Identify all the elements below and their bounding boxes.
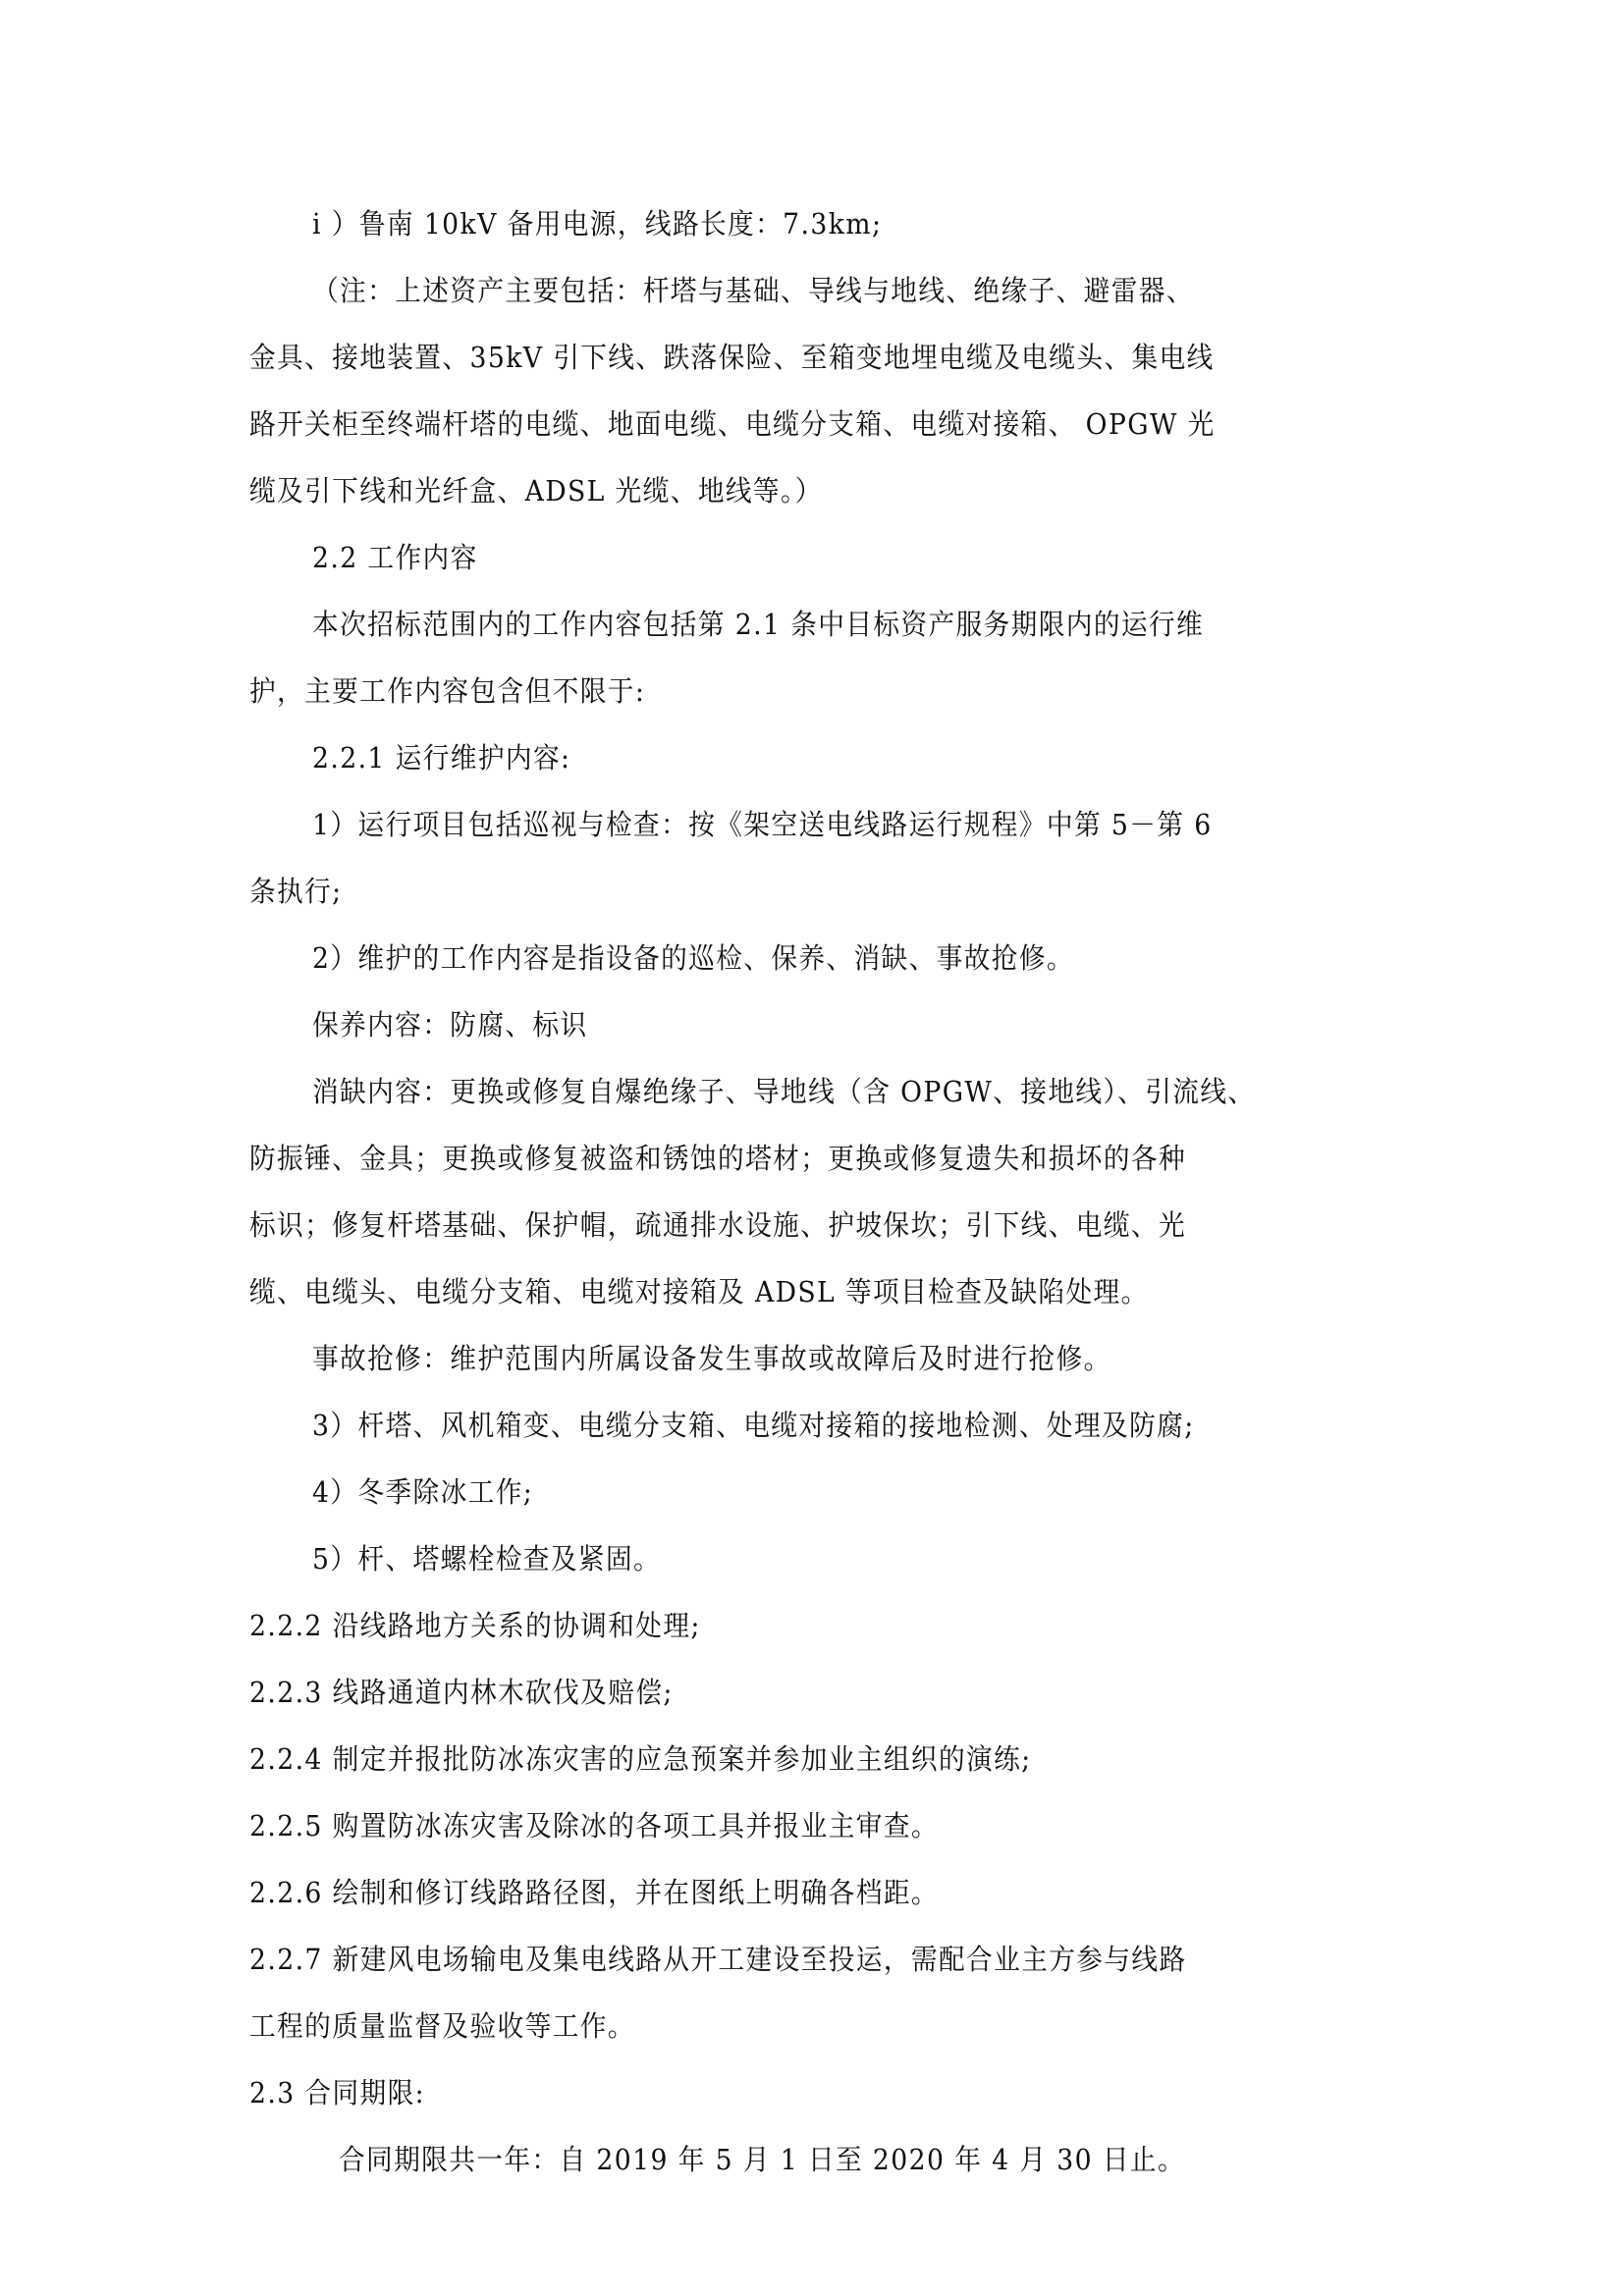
item-3: 3）杆塔、风机箱变、电缆分支箱、电缆对接箱的接地检测、处理及防腐; [312,1406,1195,1445]
item-2: 2）维护的工作内容是指设备的巡检、保养、消缺、事故抢修。 [312,938,1074,978]
section-2-3-heading: 2.3 合同期限: [249,2073,425,2112]
maintenance-content: 保养内容：防腐、标识 [312,1005,588,1044]
asset-note-line-4: 缆及引下线和光纤盒、ADSL 光缆、地线等。） [249,471,823,510]
defect-content-line-3: 标识；修复杆塔基础、保护帽，疏通排水设施、护坡保坎；引下线、电缆、光 [249,1205,1186,1245]
document-page: i ）鲁南 10kV 备用电源，线路长度：7.3km; （注：上述资产主要包括：… [0,0,1624,2296]
contract-period: 合同期限共一年：自 2019 年 5 月 1 日至 2020 年 4 月 30 … [339,2140,1185,2179]
section-2-2-6: 2.2.6 绘制和修订线路路径图，并在图纸上明确各档距。 [249,1873,939,1912]
section-2-2-2: 2.2.2 沿线路地方关系的协调和处理; [249,1606,701,1645]
item-4: 4）冬季除冰工作; [312,1472,533,1512]
item-5: 5）杆、塔螺栓检查及紧固。 [312,1539,661,1578]
section-2-2-4: 2.2.4 制定并报批防冰冻灾害的应急预案并参加业主组织的演练; [249,1739,1032,1779]
section-2-2-7-line-1: 2.2.7 新建风电场输电及集电线路从开工建设至投运，需配合业主方参与线路 [249,1940,1187,1979]
defect-content-line-1: 消缺内容：更换或修复自爆绝缘子、导地线（含 OPGW、接地线）、引流线、 [312,1072,1255,1111]
emergency-repair: 事故抢修：维护范围内所属设备发生事故或故障后及时进行抢修。 [312,1339,1111,1378]
defect-content-line-2: 防振锤、金具；更换或修复被盗和锈蚀的塔材；更换或修复遗失和损坏的各种 [249,1139,1186,1178]
asset-item-i: i ）鲁南 10kV 备用电源，线路长度：7.3km; [312,204,882,243]
section-2-2-5: 2.2.5 购置防冰冻灾害及除冰的各项工具并报业主审查。 [249,1806,939,1845]
section-2-2-7-line-2: 工程的质量监督及验收等工作。 [249,2006,635,2046]
section-2-2-1-heading: 2.2.1 运行维护内容: [312,738,570,777]
asset-note-line-1: （注：上述资产主要包括：杆塔与基础、导线与地线、绝缘子、避雷器、 [312,271,1194,310]
section-2-2-heading: 2.2 工作内容 [312,538,478,577]
scope-paragraph-line-2: 护，主要工作内容包含但不限于: [249,671,645,711]
section-2-2-3: 2.2.3 线路通道内林木砍伐及赔偿; [249,1673,674,1712]
defect-content-line-4: 缆、电缆头、电缆分支箱、电缆对接箱及 ADSL 等项目检查及缺陷处理。 [249,1272,1149,1311]
item-1-line-2: 条执行; [249,872,343,911]
asset-note-line-3: 路开关柜至终端杆塔的电缆、地面电缆、电缆分支箱、电缆对接箱、 OPGW 光 [249,404,1216,444]
scope-paragraph-line-1: 本次招标范围内的工作内容包括第 2.1 条中目标资产服务期限内的运行维 [312,605,1204,644]
asset-note-line-2: 金具、接地装置、35kV 引下线、跌落保险、至箱变地埋电缆及电缆头、集电线 [249,338,1215,377]
item-1-line-1: 1）运行项目包括巡视与检查：按《架空送电线路运行规程》中第 5－第 6 [312,805,1213,844]
